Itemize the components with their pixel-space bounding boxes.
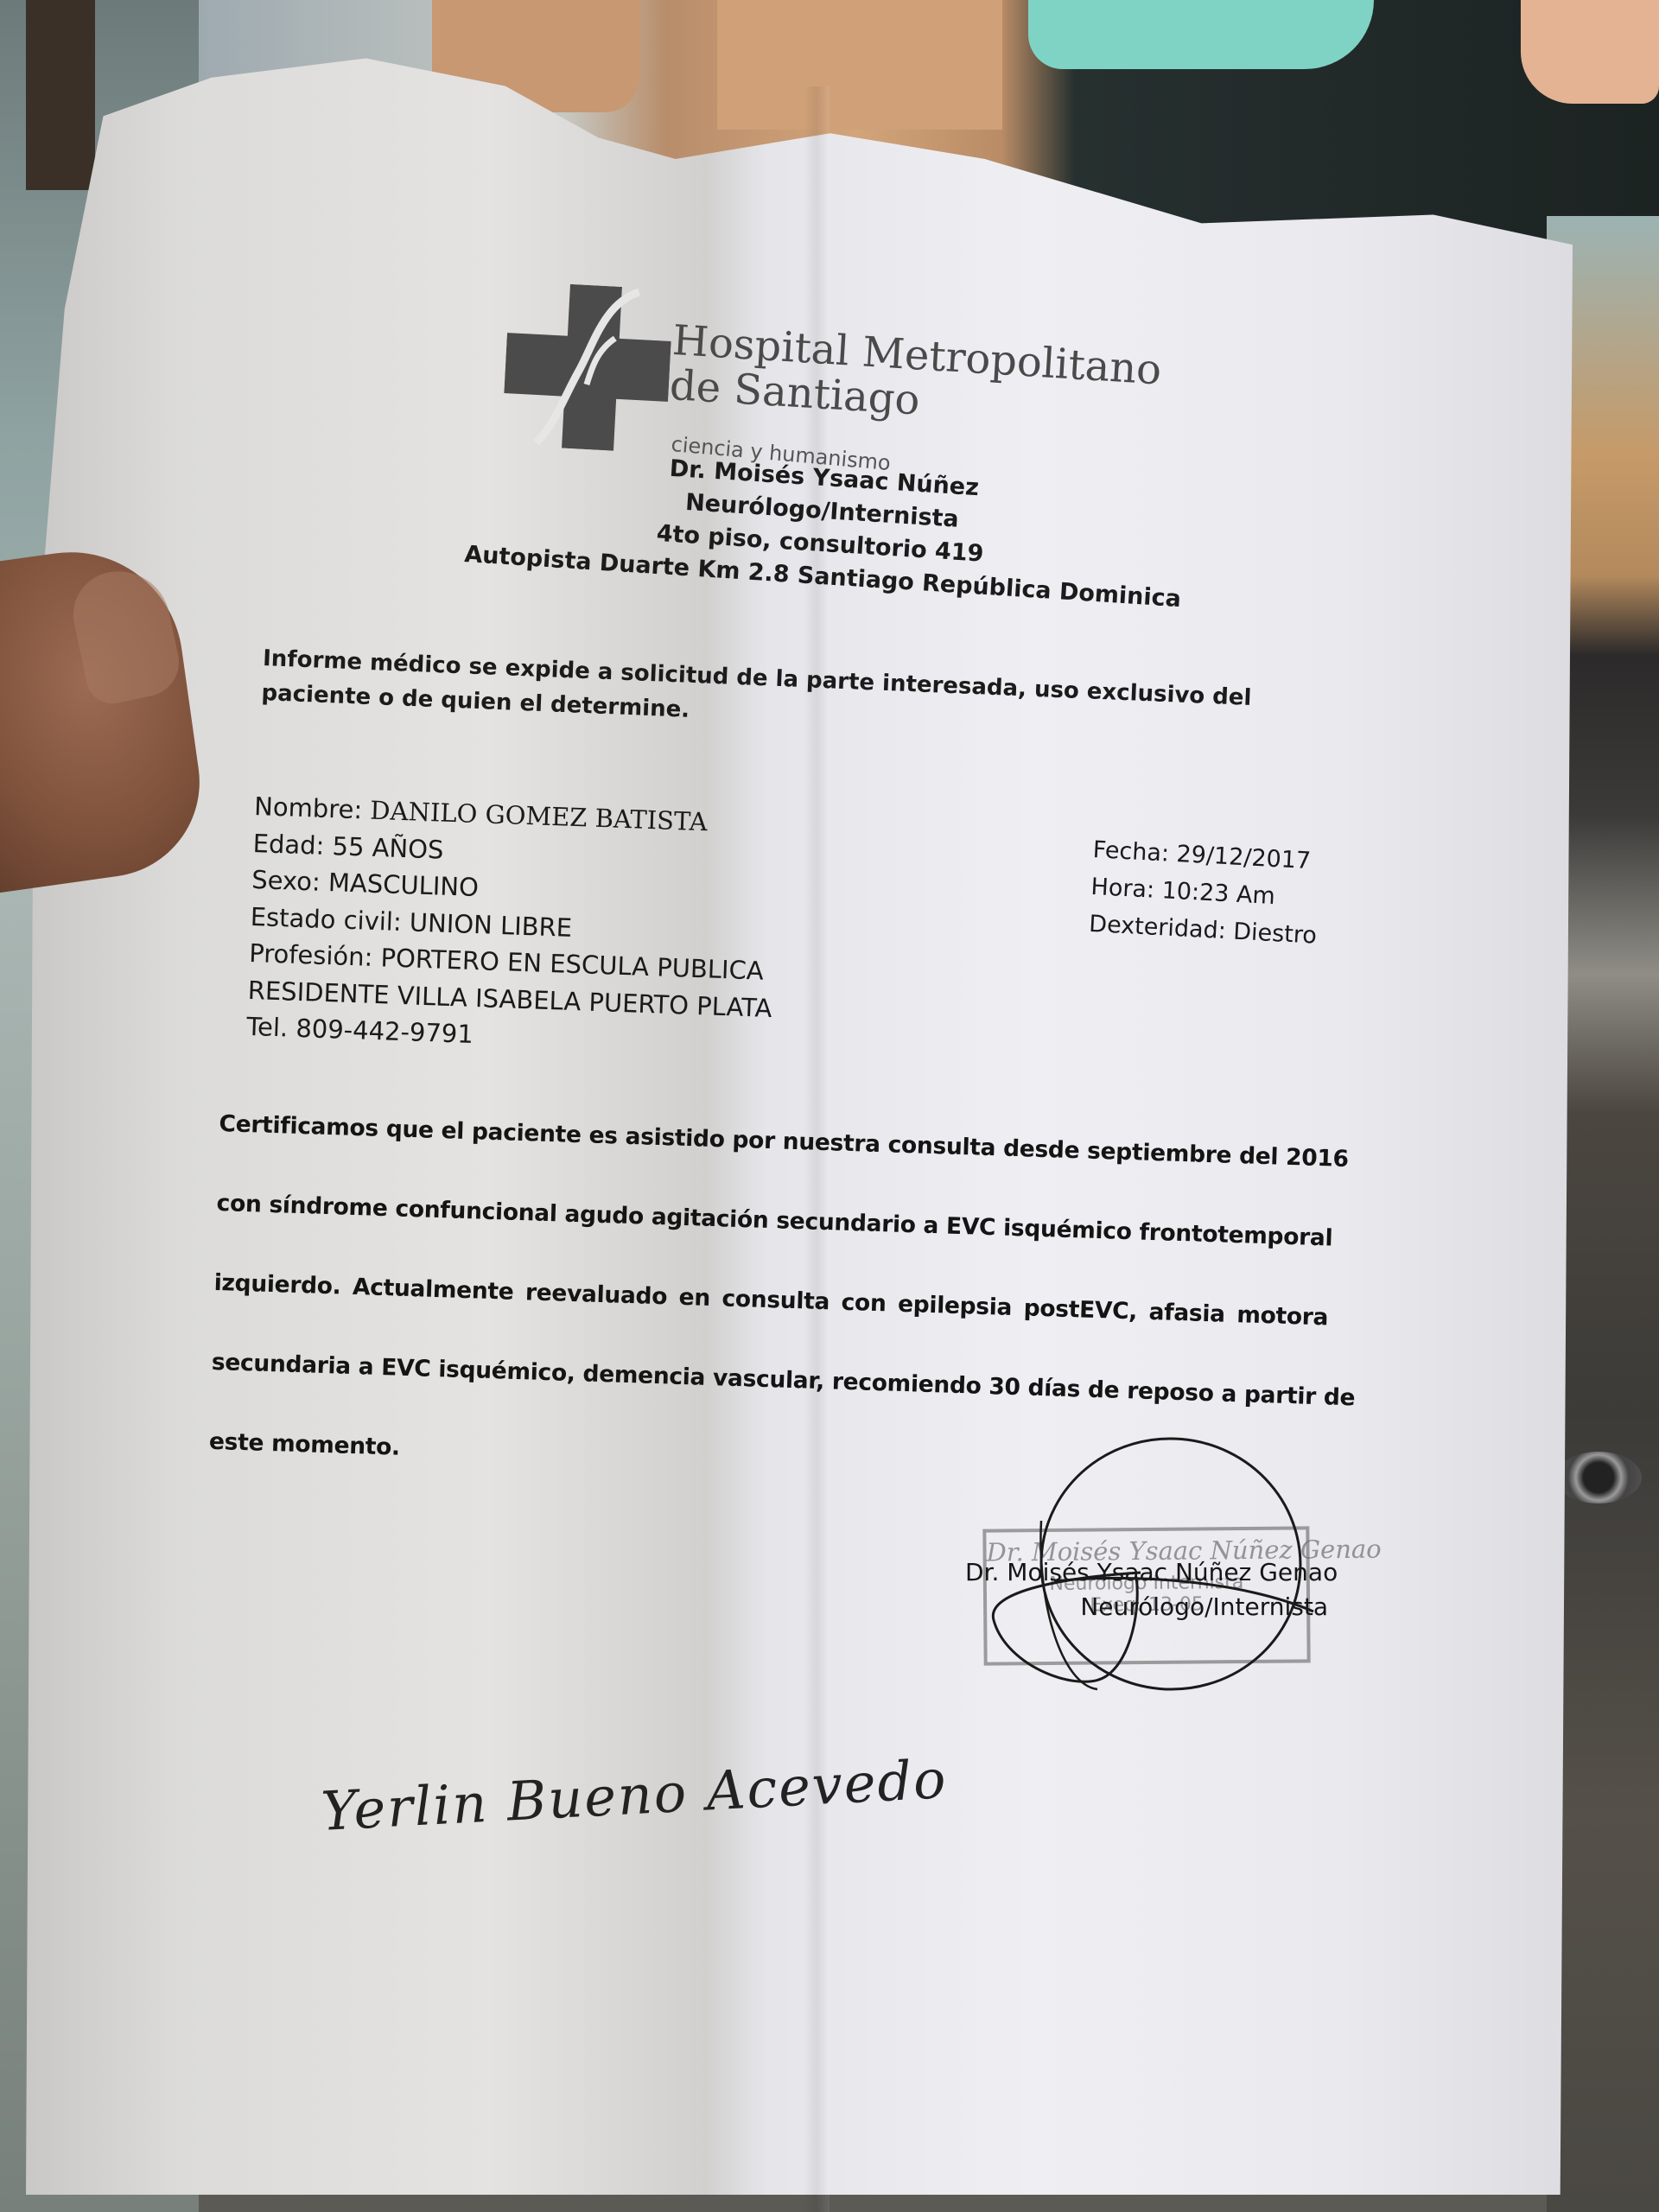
patient-phone-value: 809-442-9791 — [296, 1014, 474, 1049]
dexterity-label: Dexteridad: — [1089, 911, 1227, 944]
background-shirt — [1028, 0, 1374, 69]
time-value: 10:23 Am — [1161, 877, 1276, 910]
patient-sex-value: MASCULINO — [327, 868, 479, 902]
date-label: Fecha: — [1092, 836, 1170, 868]
patient-civil-label: Estado civil: — [250, 901, 402, 936]
background-hand — [1521, 0, 1659, 104]
report-meta: Fecha: 29/12/2017 Hora: 10:23 Am Dexteri… — [1088, 831, 1321, 955]
time-label: Hora: — [1090, 874, 1155, 904]
patient-phone-label: Tel. — [246, 1012, 289, 1043]
background-leg — [717, 0, 1002, 130]
patient-info: Nombre: DANILO GOMEZ BATISTA Edad: 55 AÑ… — [246, 788, 779, 1064]
patient-age-label: Edad: — [252, 828, 325, 860]
dexterity-value: Diestro — [1233, 918, 1318, 950]
background-chair-wheel — [1555, 1452, 1642, 1503]
patient-profession-label: Profesión: — [249, 938, 373, 972]
patient-sex-label: Sexo: — [251, 865, 321, 897]
patient-name-label: Nombre: — [254, 791, 363, 824]
patient-civil-value: UNION LIBRE — [409, 907, 572, 943]
patient-age-value: 55 AÑOS — [332, 831, 444, 864]
background-post — [26, 0, 95, 190]
doctor-signature-scribble — [959, 1434, 1357, 1719]
date-value: 29/12/2017 — [1176, 841, 1312, 874]
hospital-cross-logo-icon — [501, 281, 674, 454]
